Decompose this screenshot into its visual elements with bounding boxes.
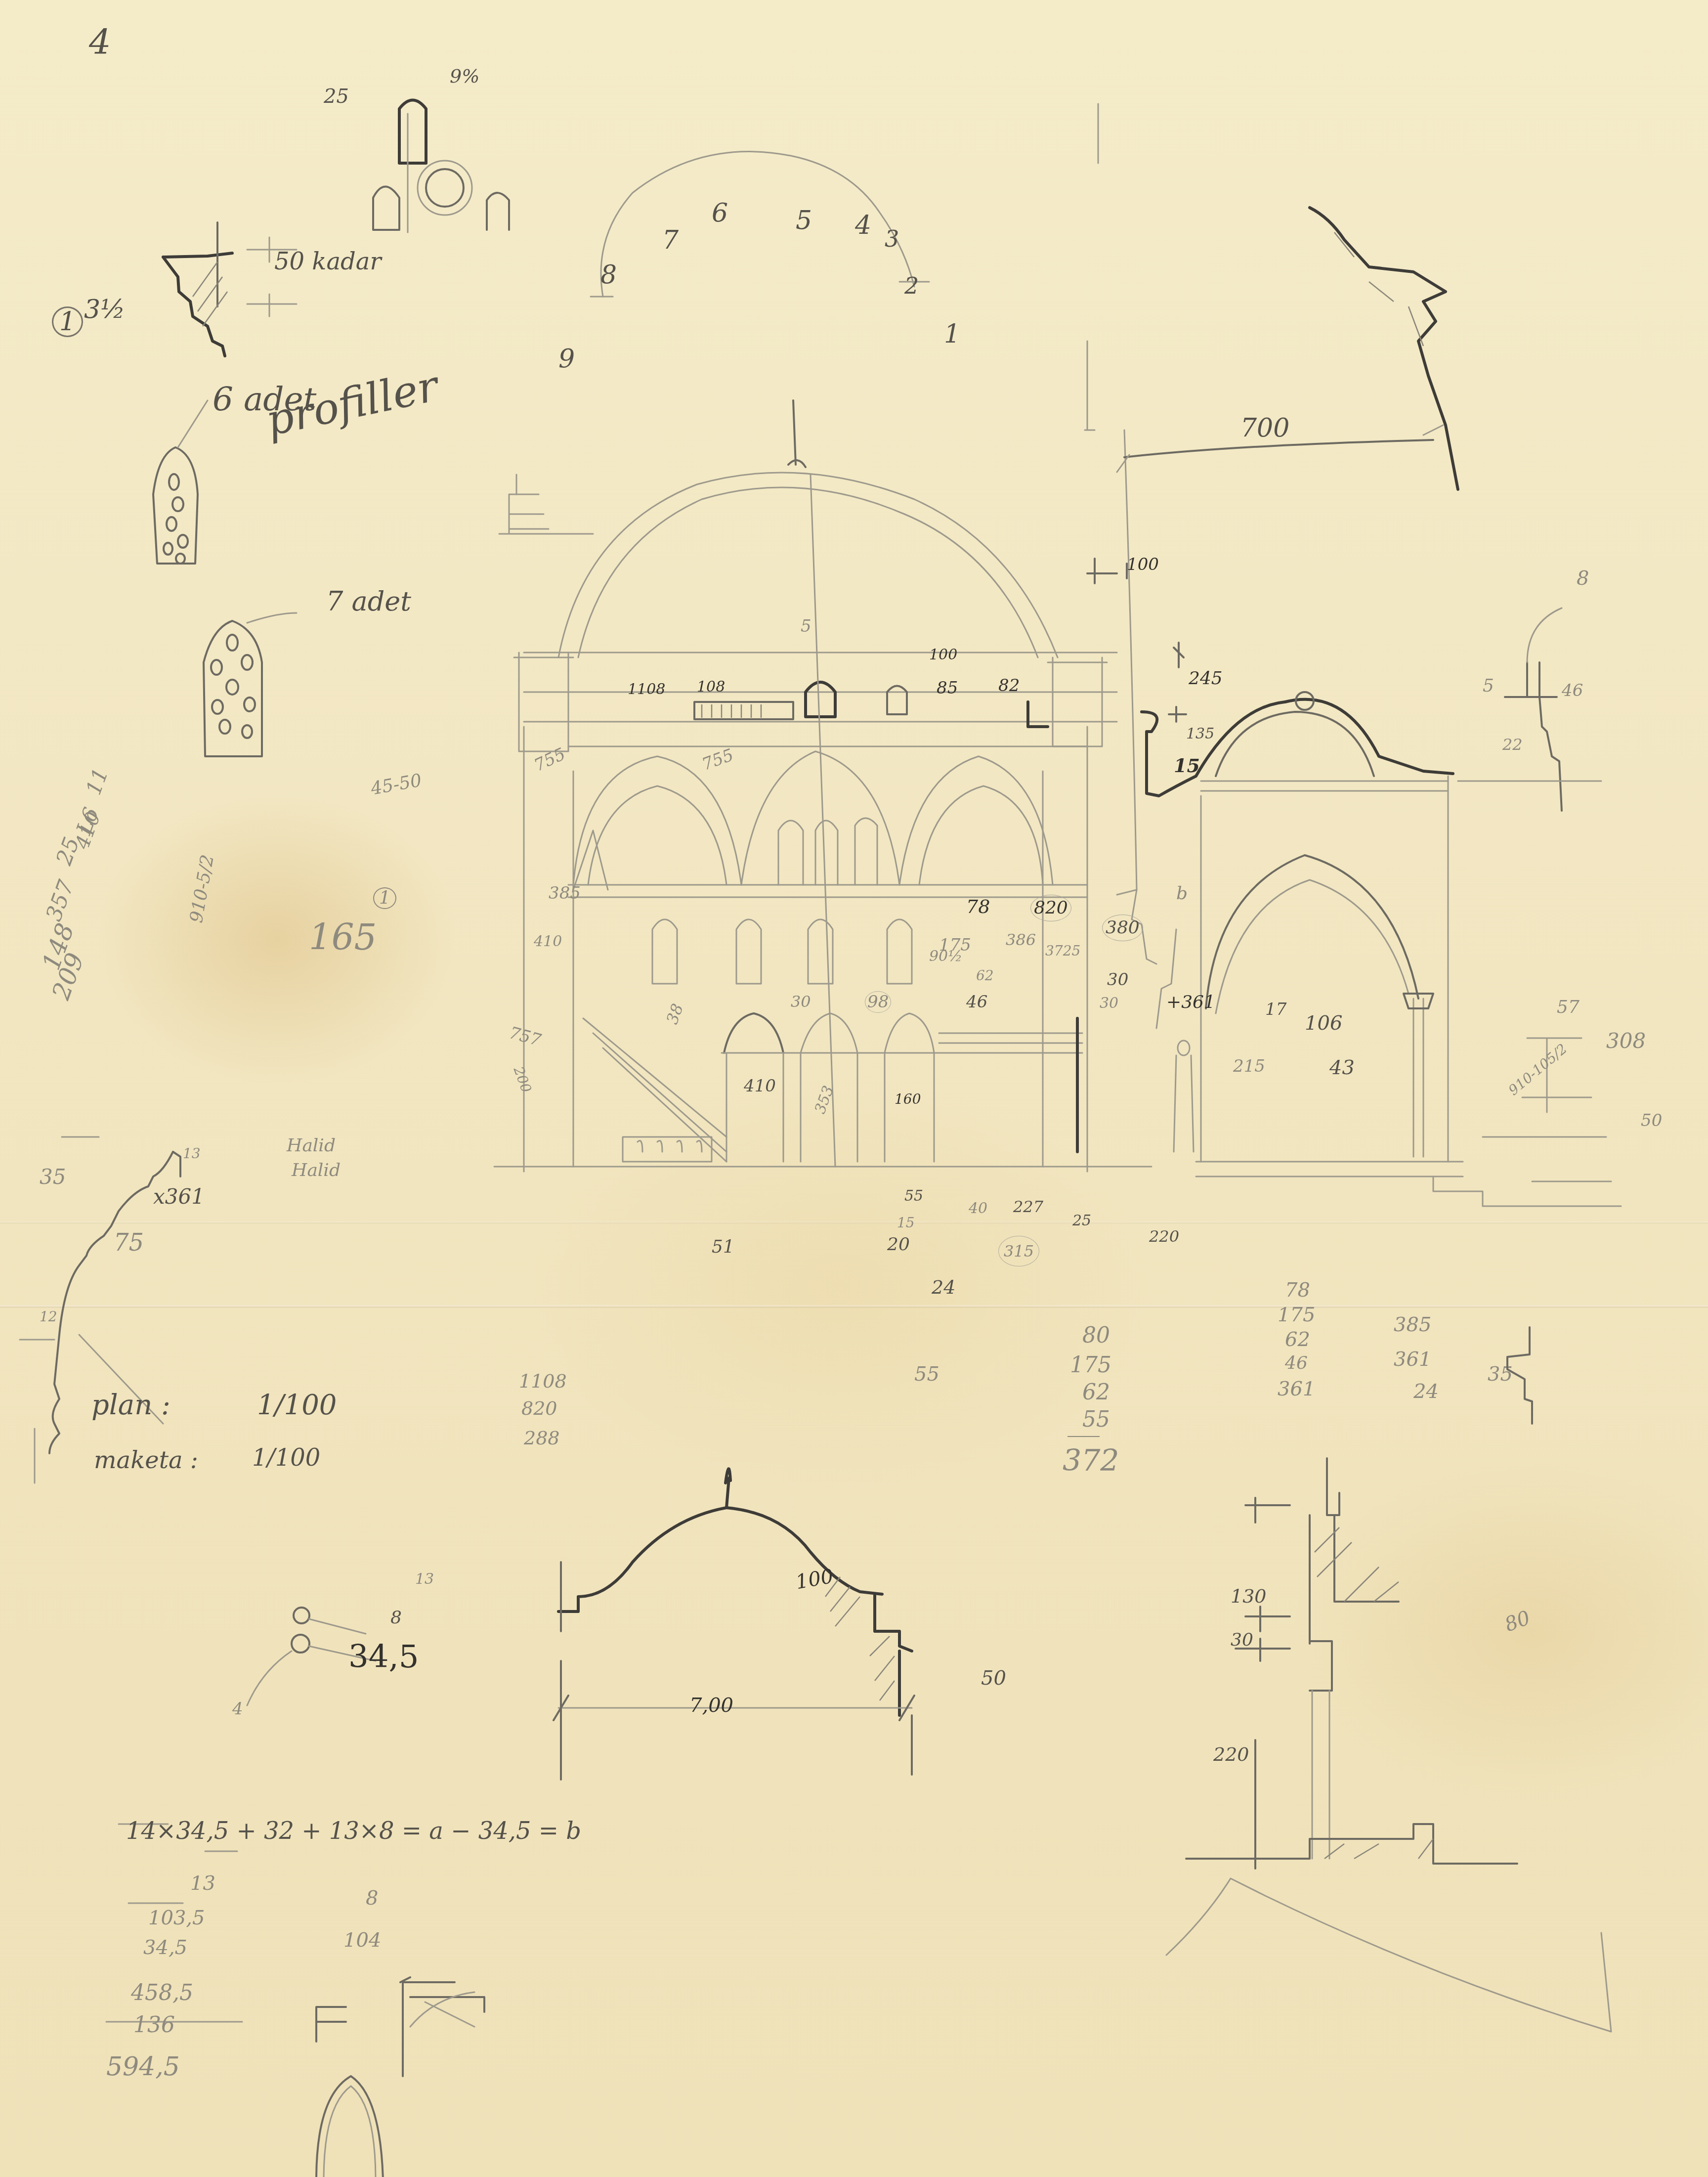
dim-label: 1108 bbox=[628, 682, 665, 697]
sum-total: 372 bbox=[1063, 1446, 1119, 1476]
leader-label: 24 bbox=[932, 1278, 955, 1297]
leader-label: 220 bbox=[1149, 1228, 1179, 1244]
leader-label: 40 bbox=[969, 1201, 987, 1216]
portico-section-sketch bbox=[1087, 559, 1621, 1206]
maket-scale-label: maketa : bbox=[94, 1448, 198, 1472]
dim-label: 135 bbox=[1186, 727, 1214, 741]
dim-label: 46 bbox=[966, 994, 987, 1010]
arch-number: 4 bbox=[855, 213, 871, 238]
numbered-arch-sketch bbox=[591, 152, 929, 297]
profile-count-b: 7 adet bbox=[326, 588, 411, 615]
calc-value: 13 bbox=[190, 1873, 215, 1893]
sum-value: 1108 bbox=[519, 1372, 567, 1391]
circled-reference: 1 bbox=[52, 306, 83, 337]
dim-label: 4 bbox=[232, 1700, 243, 1717]
name-note: Halid bbox=[292, 1162, 341, 1179]
calc-value: 103,5 bbox=[148, 1908, 205, 1928]
arch-number: 3 bbox=[885, 227, 899, 250]
dim-label: 57 bbox=[1557, 999, 1580, 1016]
circled-reference: 1 bbox=[373, 887, 396, 909]
dim-label: 5 bbox=[801, 618, 811, 635]
sum-value: 80 bbox=[1082, 1325, 1110, 1347]
dim-label: 245 bbox=[1189, 670, 1223, 688]
dim-label: 50 bbox=[981, 1668, 1006, 1688]
top-right-profile-sketch bbox=[1117, 208, 1458, 489]
dim-label: 78 bbox=[966, 897, 990, 916]
guide-line bbox=[1085, 341, 1095, 430]
dim-label: 130 bbox=[1231, 1587, 1267, 1606]
sum-value: 288 bbox=[524, 1429, 560, 1447]
arch-number: 7 bbox=[662, 227, 679, 253]
dim-label: 15 bbox=[1174, 756, 1200, 775]
page-number: 4 bbox=[89, 25, 111, 59]
dim-label: 820 bbox=[1030, 895, 1071, 921]
window-profile-b bbox=[204, 613, 297, 756]
dim-label: 12 bbox=[40, 1310, 57, 1324]
small-arch-sketches bbox=[316, 1977, 484, 2177]
leader-label: 55 bbox=[904, 1189, 923, 1204]
leader-label: 227 bbox=[1013, 1199, 1043, 1215]
cornice-profile-sketch bbox=[163, 222, 297, 356]
pencil-drawings bbox=[0, 0, 1708, 2177]
leader-label: 315 bbox=[998, 1236, 1039, 1266]
sum-value: 46 bbox=[1285, 1354, 1308, 1372]
plan-scale-label: plan : bbox=[91, 1392, 171, 1419]
dim-label: 25 bbox=[324, 87, 349, 106]
maket-scale-value: 1/100 bbox=[252, 1446, 320, 1470]
dim-label: +361 bbox=[1166, 994, 1215, 1011]
arch-number: 8 bbox=[600, 262, 617, 288]
dim-label: 30 bbox=[1231, 1631, 1253, 1649]
dim-label: 30 bbox=[1100, 996, 1118, 1011]
leader-label: 51 bbox=[712, 1238, 734, 1256]
dim-label: 3½ bbox=[84, 297, 125, 322]
dim-label: 100 bbox=[929, 648, 957, 662]
dim-label: 43 bbox=[1329, 1058, 1355, 1078]
dim-label: 9% bbox=[450, 67, 479, 86]
dim-label: 22 bbox=[1502, 737, 1523, 752]
calc-total: 594,5 bbox=[106, 2054, 180, 2080]
dim-label: 386 bbox=[1006, 932, 1036, 948]
dim-label: 13 bbox=[415, 1572, 434, 1587]
dim-label: 17 bbox=[1265, 1001, 1286, 1018]
calc-value: 458,5 bbox=[131, 1982, 193, 2004]
sum-divider bbox=[1067, 1436, 1100, 1437]
dim-label: 85 bbox=[937, 680, 958, 697]
leader-label: 15 bbox=[897, 1216, 915, 1230]
window-cluster-sketch bbox=[373, 100, 509, 233]
dim-label: 160 bbox=[895, 1092, 921, 1106]
dim-label: b bbox=[1176, 885, 1188, 903]
dim-label: 100 bbox=[1127, 556, 1159, 573]
dim-label: 34,5 bbox=[348, 1641, 419, 1673]
dim-label: 7,00 bbox=[689, 1696, 733, 1715]
equation: 14×34,5 + 32 + 13×8 = a − 34,5 = b bbox=[126, 1819, 581, 1843]
guide-line bbox=[1124, 430, 1137, 890]
dim-label: 75 bbox=[114, 1231, 144, 1255]
arch-number: 9 bbox=[558, 346, 575, 372]
dim-label: x361 bbox=[153, 1186, 205, 1207]
dim-label: 98 bbox=[865, 991, 891, 1013]
dim-label: 62 bbox=[976, 969, 994, 983]
dim-label: 410 bbox=[534, 934, 562, 949]
dim-label: 3725 bbox=[1045, 944, 1080, 958]
sum-value: 361 bbox=[1394, 1350, 1431, 1369]
dim-label: 220 bbox=[1213, 1745, 1249, 1764]
dim-label: 410 bbox=[744, 1078, 776, 1094]
dim-label: 82 bbox=[998, 677, 1020, 694]
margin-number: 165 bbox=[309, 919, 377, 955]
dim-label: 30 bbox=[791, 994, 811, 1009]
sum-value: 78 bbox=[1285, 1280, 1310, 1300]
dim-label: 90½ bbox=[929, 949, 962, 964]
dim-label: 380 bbox=[1102, 914, 1143, 941]
dim-label: 108 bbox=[697, 680, 725, 695]
dim-label: 385 bbox=[549, 885, 581, 902]
leader-label: 25 bbox=[1072, 1214, 1091, 1228]
sum-value: 385 bbox=[1394, 1315, 1431, 1335]
leader-label: 20 bbox=[887, 1236, 910, 1254]
sum-value: 175 bbox=[1278, 1305, 1315, 1325]
dim-label: 50 bbox=[1641, 1112, 1662, 1129]
dim-label: 8 bbox=[390, 1609, 402, 1627]
calc-value: 136 bbox=[133, 2014, 175, 2036]
dim-label: 46 bbox=[1562, 682, 1583, 699]
dim-label: 35 bbox=[40, 1167, 66, 1187]
dim-label: 30 bbox=[1107, 971, 1128, 988]
sum-total: 24 bbox=[1413, 1382, 1439, 1401]
sum-value: 820 bbox=[521, 1399, 557, 1418]
sum-total: 361 bbox=[1278, 1379, 1315, 1399]
step-detail-sketch bbox=[499, 475, 593, 534]
dim-label: 8 bbox=[1577, 568, 1589, 588]
window-profile-a bbox=[153, 400, 208, 564]
calc-total: 104 bbox=[343, 1930, 381, 1950]
main-elevation-sketch bbox=[494, 400, 1152, 1172]
cornice-note: 50 kadar bbox=[274, 250, 381, 273]
calc-value: 34,5 bbox=[143, 1938, 187, 1958]
sum-value: 62 bbox=[1285, 1330, 1310, 1350]
plan-scale-value: 1/100 bbox=[257, 1392, 337, 1419]
leader-label: 55 bbox=[914, 1364, 939, 1384]
dim-label: 13 bbox=[183, 1147, 201, 1161]
sum-value: 175 bbox=[1070, 1354, 1111, 1376]
calc-value: 8 bbox=[366, 1888, 378, 1908]
width-label: 700 bbox=[1240, 415, 1289, 441]
sum-value: 62 bbox=[1082, 1382, 1110, 1403]
sum-value: 35 bbox=[1488, 1364, 1513, 1384]
dim-label: 106 bbox=[1305, 1013, 1342, 1033]
dim-label: 308 bbox=[1606, 1031, 1646, 1051]
dim-label: 5 bbox=[1483, 677, 1494, 695]
arch-number: 2 bbox=[904, 274, 919, 297]
name-note: Halid bbox=[287, 1137, 336, 1155]
arch-number: 1 bbox=[944, 321, 960, 347]
sketch-sheet: 4 25 9% 50 kadar 1 3½ 6 adet profiller 7… bbox=[0, 0, 1708, 2177]
dome-section-sketch bbox=[554, 1469, 914, 1780]
arch-number: 5 bbox=[796, 208, 812, 233]
dim-label: 215 bbox=[1233, 1058, 1265, 1075]
sum-value: 55 bbox=[1082, 1409, 1110, 1431]
arch-number: 6 bbox=[712, 200, 728, 226]
